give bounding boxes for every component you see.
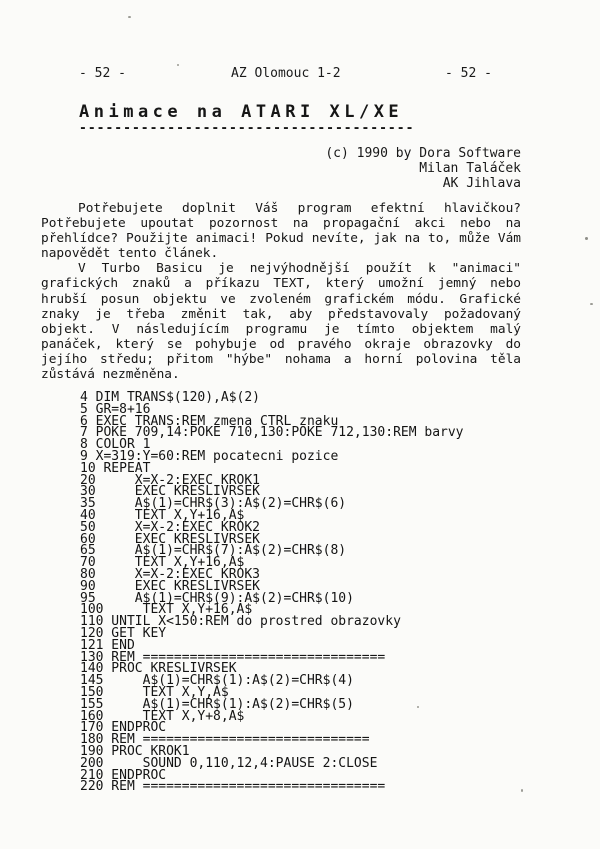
scan-speck [585, 237, 588, 240]
club-line: AK Jihlava [41, 176, 521, 191]
credits-block: (c) 1990 by Dora Software Milan Taláček … [41, 146, 521, 192]
paragraph-line: napovědět tento článek. [41, 246, 521, 261]
scanned-page: - 52 - AZ Olomouc 1-2 - 52 - Animace na … [0, 0, 600, 849]
paragraph-line: panáček, který se pohybuje od pravého ok… [41, 337, 521, 352]
paragraph-line: Potřebujete doplnit Váš program efektní … [41, 201, 521, 216]
paragraph-line: V Turbo Basicu je nejvýhodnější použít k… [41, 261, 521, 276]
scan-speck [590, 303, 593, 305]
article-title: Animace na ATARI XL/XE [79, 102, 403, 122]
paragraph-line: grafických znaků a příkazu TEXT, který u… [41, 276, 521, 291]
copyright-line: (c) 1990 by Dora Software [41, 146, 521, 161]
paragraph-line: objekt. V následujícím programu je tímto… [41, 322, 521, 337]
paragraph-line: znaky je třeba změnit tak, aby představo… [41, 307, 521, 322]
article-body: Potřebujete doplnit Váš program efektní … [41, 201, 521, 382]
scan-speck [128, 16, 131, 18]
basic-code-listing: 4 DIM TRANS$(120),A$(2) 5 GR=8+16 6 EXEC… [80, 392, 464, 793]
scan-speck [417, 706, 419, 708]
paragraph-line: jejího středu; přitom "hýbe" nohama a ho… [41, 352, 521, 367]
page-number-right: - 52 - [445, 66, 492, 81]
scan-speck [177, 64, 179, 66]
title-underline: -------------------------------------- [79, 121, 414, 136]
paragraph-line: přehlídce? Použijte animaci! Pokud nevít… [41, 231, 521, 246]
author-line: Milan Taláček [41, 161, 521, 176]
paragraph-line: hrubší posun objektu ve zvoleném grafick… [41, 292, 521, 307]
scan-speck [521, 789, 523, 792]
journal-title: AZ Olomouc 1-2 [231, 66, 341, 81]
paragraph-line: zůstává nezměněna. [41, 367, 521, 382]
paragraph-line: Potřebujete upoutat pozornost na propaga… [41, 216, 521, 231]
page-number-left: - 52 - [79, 66, 126, 81]
page-header: - 52 - AZ Olomouc 1-2 - 52 - [0, 66, 600, 82]
